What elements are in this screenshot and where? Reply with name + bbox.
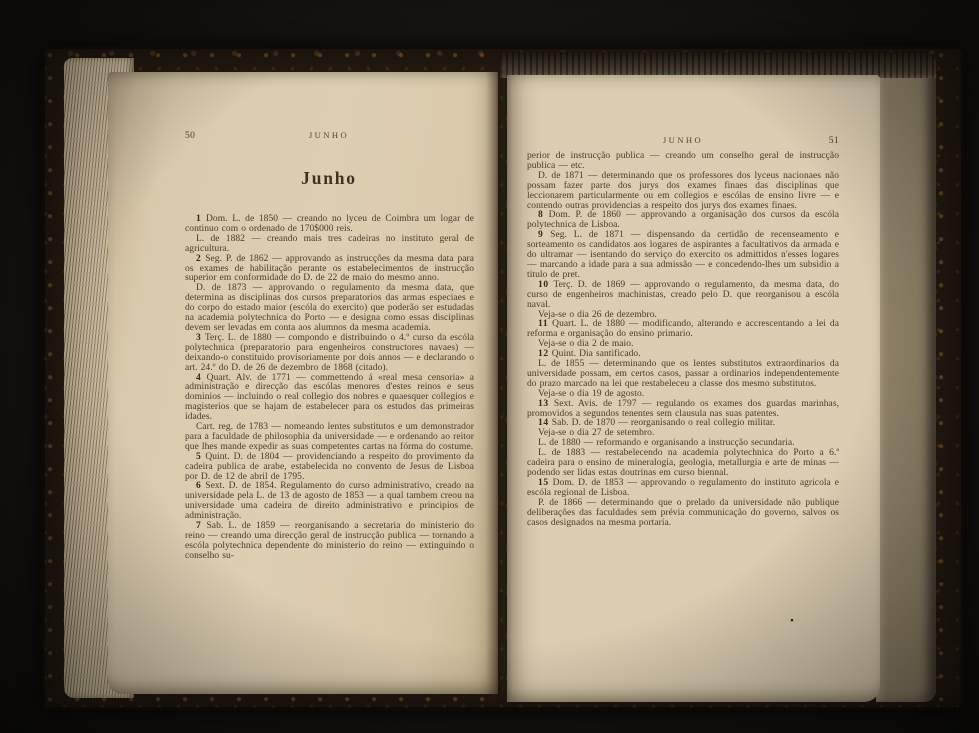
entry-text: P. de 1866 — determinando que o prelado … [527, 498, 839, 528]
entry-text: L. de 1883 — restabelecendo na academia … [527, 448, 839, 478]
day-number: 8 [538, 210, 543, 220]
calendar-entry: 8 Dom. P. de 1860 — approvando a organis… [527, 211, 839, 231]
entry-text: Dom. L. de 1850 — creando no lyceu de Co… [185, 214, 474, 234]
entry-text: D. de 1873 — approvando o regulamento da… [185, 283, 474, 333]
day-number: 4 [196, 373, 201, 383]
calendar-entry: L. de 1882 — creando mais tres cadeiras … [185, 235, 474, 255]
day-number: 2 [196, 254, 201, 264]
calendar-entry: perior de instrucção publica — creando u… [527, 152, 839, 172]
calendar-entry: 15 Dom. D. de 1853 — approvando o regula… [527, 479, 839, 499]
calendar-entry: 4 Quart. Alv. de 1771 — commettendo á «r… [185, 374, 474, 424]
calendar-entry: 3 Terç. L. de 1880 — compondo e distribu… [185, 334, 474, 374]
entry-text: Sab. D. de 1870 — reorganisando o real c… [552, 418, 775, 428]
entry-text: Veja-se o dia 26 de dezembro. [538, 310, 657, 320]
calendar-entry: 13 Sext. Avis. de 1797 — regulando os ex… [527, 400, 839, 420]
entry-text: Seg. P. de 1862 — approvando as instrucç… [185, 254, 474, 284]
day-number: 10 [538, 280, 549, 290]
calendar-entry: 9 Seg. L. de 1871 — dispensando da certi… [527, 231, 839, 281]
day-number: 11 [538, 319, 548, 329]
calendar-entry: 11 Quart. L. de 1880 — modificando, alte… [527, 320, 839, 340]
entry-text: Terç. D. de 1869 — approvando o regulame… [527, 280, 839, 310]
right-fore-edge-pages [876, 58, 936, 702]
entry-text: L. de 1855 — determinando que os lentes … [527, 359, 839, 389]
book-photo: 50 JUNHO Junho 1 Dom. L. de 1850 — crean… [0, 0, 979, 733]
entry-text: Quint. D. de 1804 — providenciando a res… [185, 452, 474, 482]
day-number: 13 [538, 399, 549, 409]
calendar-entry: 5 Quint. D. de 1804 — providenciando a r… [185, 453, 474, 483]
left-page-text: 1 Dom. L. de 1850 — creando no lyceu de … [185, 215, 474, 562]
day-number: 7 [196, 521, 201, 531]
entry-text: Terç. L. de 1880 — compondo e distribuin… [185, 333, 474, 373]
entry-text: D. de 1871 — determinando que os profess… [527, 171, 839, 211]
day-number: 1 [196, 214, 201, 224]
entry-text: Sab. L. de 1859 — reorganisando a secret… [185, 521, 474, 561]
entry-text: Quart. Alv. de 1771 — commettendo á «rea… [185, 373, 474, 423]
calendar-entry: 6 Sext. D. de 1854. Regulamento do curso… [185, 482, 474, 522]
entry-text: Sext. Avis. de 1797 — regulando os exame… [527, 399, 839, 419]
entry-text: L. de 1882 — creando mais tres cadeiras … [185, 234, 474, 254]
entry-text: L. de 1880 — reformando e organisando a … [538, 438, 795, 448]
day-number: 3 [196, 333, 201, 343]
section-title: Junho [185, 168, 473, 189]
entry-text: Cart. reg. de 1783 — nomeando lentes sub… [185, 422, 474, 452]
calendar-entry: 1 Dom. L. de 1850 — creando no lyceu de … [185, 215, 474, 235]
day-number: 5 [196, 452, 201, 462]
calendar-entry: D. de 1871 — determinando que os profess… [527, 172, 839, 212]
section-end-mark: ▪ [785, 615, 799, 625]
right-page: JUNHO 51 perior de instrucção publica — … [507, 75, 880, 702]
book-gutter-shadow [486, 70, 512, 700]
entry-text: Quint. Dia santificado. [552, 349, 641, 359]
calendar-entry: L. de 1855 — determinando que os lentes … [527, 360, 839, 390]
calendar-entry: 7 Sab. L. de 1859 — reorganisando a secr… [185, 522, 474, 562]
entry-text: Dom. D. de 1853 — approvando o regulamen… [527, 478, 839, 498]
calendar-entry: 2 Seg. P. de 1862 — approvando as instru… [185, 255, 474, 285]
day-number: 6 [196, 481, 201, 491]
entry-text: Seg. L. de 1871 — dispensando da certidã… [527, 230, 839, 280]
entry-text: perior de instrucção publica — creando u… [527, 151, 839, 171]
right-page-header: JUNHO 51 [527, 135, 839, 146]
entry-text: Veja-se o dia 19 de agosto. [538, 389, 644, 399]
day-number: 9 [538, 230, 543, 240]
entry-text: Dom. P. de 1860 — approvando a organisaç… [527, 210, 839, 230]
calendar-entry: D. de 1873 — approvando o regulamento da… [185, 284, 474, 334]
day-number: 12 [538, 349, 549, 359]
calendar-entry: 10 Terç. D. de 1869 — approvando o regul… [527, 281, 839, 311]
entry-text: Quart. L. de 1880 — modificando, alteran… [527, 319, 839, 339]
right-page-number: 51 [813, 136, 839, 146]
day-number: 15 [538, 478, 549, 488]
calendar-entry: Cart. reg. de 1783 — nomeando lentes sub… [185, 423, 474, 453]
entry-text: Sext. D. de 1854. Regulamento do curso a… [185, 481, 474, 521]
day-number: 14 [538, 418, 549, 428]
calendar-entry: P. de 1866 — determinando que o prelado … [527, 499, 839, 529]
left-page: 50 JUNHO Junho 1 Dom. L. de 1850 — crean… [108, 72, 498, 694]
left-page-number: 50 [185, 131, 211, 141]
left-running-header: JUNHO [211, 130, 447, 140]
entry-text: Veja-se o dia 27 de setembro. [538, 428, 654, 438]
left-page-header: 50 JUNHO [185, 130, 473, 141]
entry-text: Veja-se o dia 2 de maio. [538, 339, 633, 349]
calendar-entry: L. de 1883 — restabelecendo na academia … [527, 449, 839, 479]
right-running-header: JUNHO [553, 135, 813, 145]
right-page-text: perior de instrucção publica — creando u… [527, 152, 839, 528]
